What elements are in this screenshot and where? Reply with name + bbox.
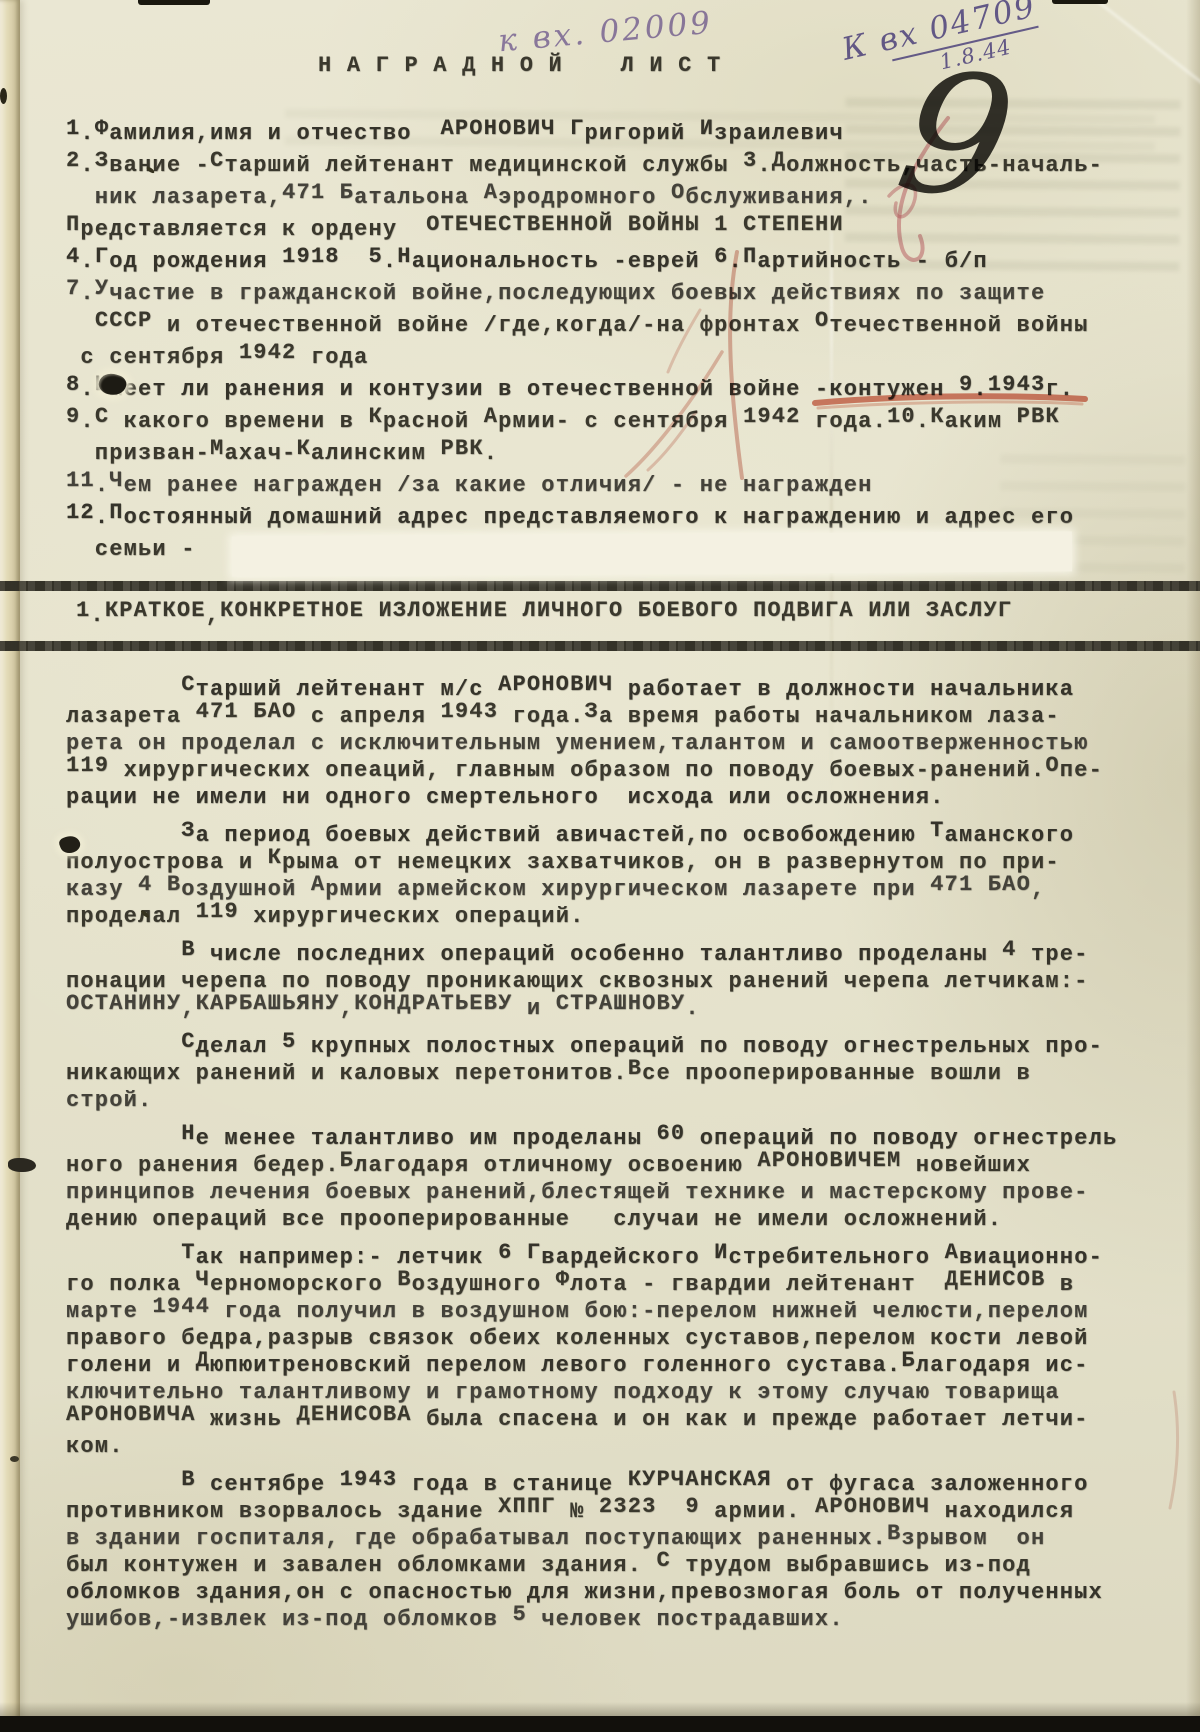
typed-line: дению операций все прооперированные случ…: [66, 1206, 1194, 1233]
typed-line: 1.Фамилия,имя и отчество АРОНОВИЧ Григор…: [66, 118, 1191, 150]
typed-line: строй.: [66, 1087, 1194, 1114]
paper-left-edge: [0, 0, 20, 1732]
bottom-shadow: [0, 1702, 1200, 1716]
typed-line: 7.Участие в гражданской войне,последующи…: [66, 278, 1191, 310]
citation-text: Старший лейтенант м/с АРОНОВИЧ работает …: [66, 676, 1194, 1644]
typed-line: В числе последних операций особенно тала…: [66, 941, 1194, 968]
scan-bottom-edge: [0, 1716, 1200, 1732]
body-paragraph: В числе последних операций особенно тала…: [66, 941, 1194, 1022]
typed-line: го полка Черноморского Воздушного Флота …: [66, 1271, 1194, 1298]
paper-speck: [0, 88, 7, 104]
typed-line: ушибов,-извлек из-под обломков 5 человек…: [66, 1606, 1194, 1633]
typed-line: призван-Махач-Калинским РВК.: [66, 438, 1191, 470]
typed-line: принципов лечения боевых ранений,блестящ…: [66, 1179, 1194, 1206]
typed-line: противником взорвалось здание ХППГ № 232…: [66, 1498, 1194, 1525]
scan-edge-mark: [1052, 0, 1108, 4]
paper-speck: [8, 1158, 36, 1172]
typed-line: Не менее талантливо им проделаны 60 опер…: [66, 1125, 1194, 1152]
body-paragraph: Так например:- летчик 6 Гвардейского Ист…: [66, 1244, 1194, 1460]
typed-line: 119 хирургических опеаций, главным образ…: [66, 757, 1194, 784]
body-paragraph: За период боевых действий авичастей,по о…: [66, 822, 1194, 930]
typed-line: ОСТАНИНУ,КАРБАШЬЯНУ,КОНДРАТЬЕВУ и СТРАШН…: [66, 995, 1194, 1022]
typed-line: ключительно талантливому и грамотному по…: [66, 1379, 1194, 1406]
typed-line: проделал 119 хирургических операций.: [66, 903, 1194, 930]
typed-line: рета он проделал с исключительным умение…: [66, 730, 1194, 757]
paper-speck: [10, 1456, 19, 1462]
typed-line: За период боевых действий авичастей,по о…: [66, 822, 1194, 849]
typed-line: ком.: [66, 1433, 1194, 1460]
typed-line: никающих ранений и каловых перетонитов.В…: [66, 1060, 1194, 1087]
typed-line: ного ранения бедер.Благодаря отличному о…: [66, 1152, 1194, 1179]
typed-line: правого бедра,разрыв связок обеих коленн…: [66, 1325, 1194, 1352]
body-paragraph: В сентябре 1943 года в станице КУРЧАНСКА…: [66, 1471, 1194, 1633]
typed-line: голени и Дюпюитреновский перелом левого …: [66, 1352, 1194, 1379]
typed-line: в здании госпиталя, где обрабатывал пост…: [66, 1525, 1194, 1552]
redaction-patch: [232, 531, 1072, 576]
award-sheet-document: Н А Г Р А Д Н О Й Л И С Т 1.Фамилия,имя …: [0, 0, 1200, 1732]
form-section: 1.Фамилия,имя и отчество АРОНОВИЧ Григор…: [66, 118, 1191, 566]
typed-line: АРОНОВИЧА жизнь ДЕНИСОВА была спасена и …: [66, 1406, 1194, 1433]
typed-line: марте 1944 года получил в воздушном бою:…: [66, 1298, 1194, 1325]
typed-line: 4.Год рождения 1918 5.Национальность -ев…: [66, 246, 1191, 278]
typed-line: 2.Звание -Старший лейтенант медицинской …: [66, 150, 1191, 182]
section-heading: 1.КРАТКОЕ,КОНКРЕТНОЕ ИЗЛОЖЕНИЕ ЛИЧНОГО Б…: [76, 601, 1012, 631]
document-title: Н А Г Р А Д Н О Й Л И С Т: [318, 56, 721, 86]
typed-line: Представляется к ордену ОТЕЧЕСТВЕННОЙ ВО…: [66, 214, 1191, 246]
typed-line: был контужен и завален обломками здания.…: [66, 1552, 1194, 1579]
body-paragraph: Не менее талантливо им проделаны 60 опер…: [66, 1125, 1194, 1233]
typed-line: 12.Постоянный домашний адрес представляе…: [66, 502, 1191, 534]
typed-line: СССР и отечественной войне /где,когда/-н…: [66, 310, 1191, 342]
typed-line: 11.Чем ранее награжден /за какие отличия…: [66, 470, 1191, 502]
divider-line: [0, 641, 1200, 651]
typed-line: лазарета 471 БАО с апреля 1943 года.За в…: [66, 703, 1194, 730]
typed-line: 9.С какого времени в Красной Армии- с се…: [66, 406, 1191, 438]
typed-line: рации не имели ни одного смертельного ис…: [66, 784, 1194, 811]
divider-line: [0, 581, 1200, 591]
scan-edge-mark: [138, 0, 210, 5]
body-paragraph: Старший лейтенант м/с АРОНОВИЧ работает …: [66, 676, 1194, 811]
typed-line: обломков здания,он с опасностью для жизн…: [66, 1579, 1194, 1606]
body-paragraph: Сделал 5 крупных полостных операций по п…: [66, 1033, 1194, 1114]
